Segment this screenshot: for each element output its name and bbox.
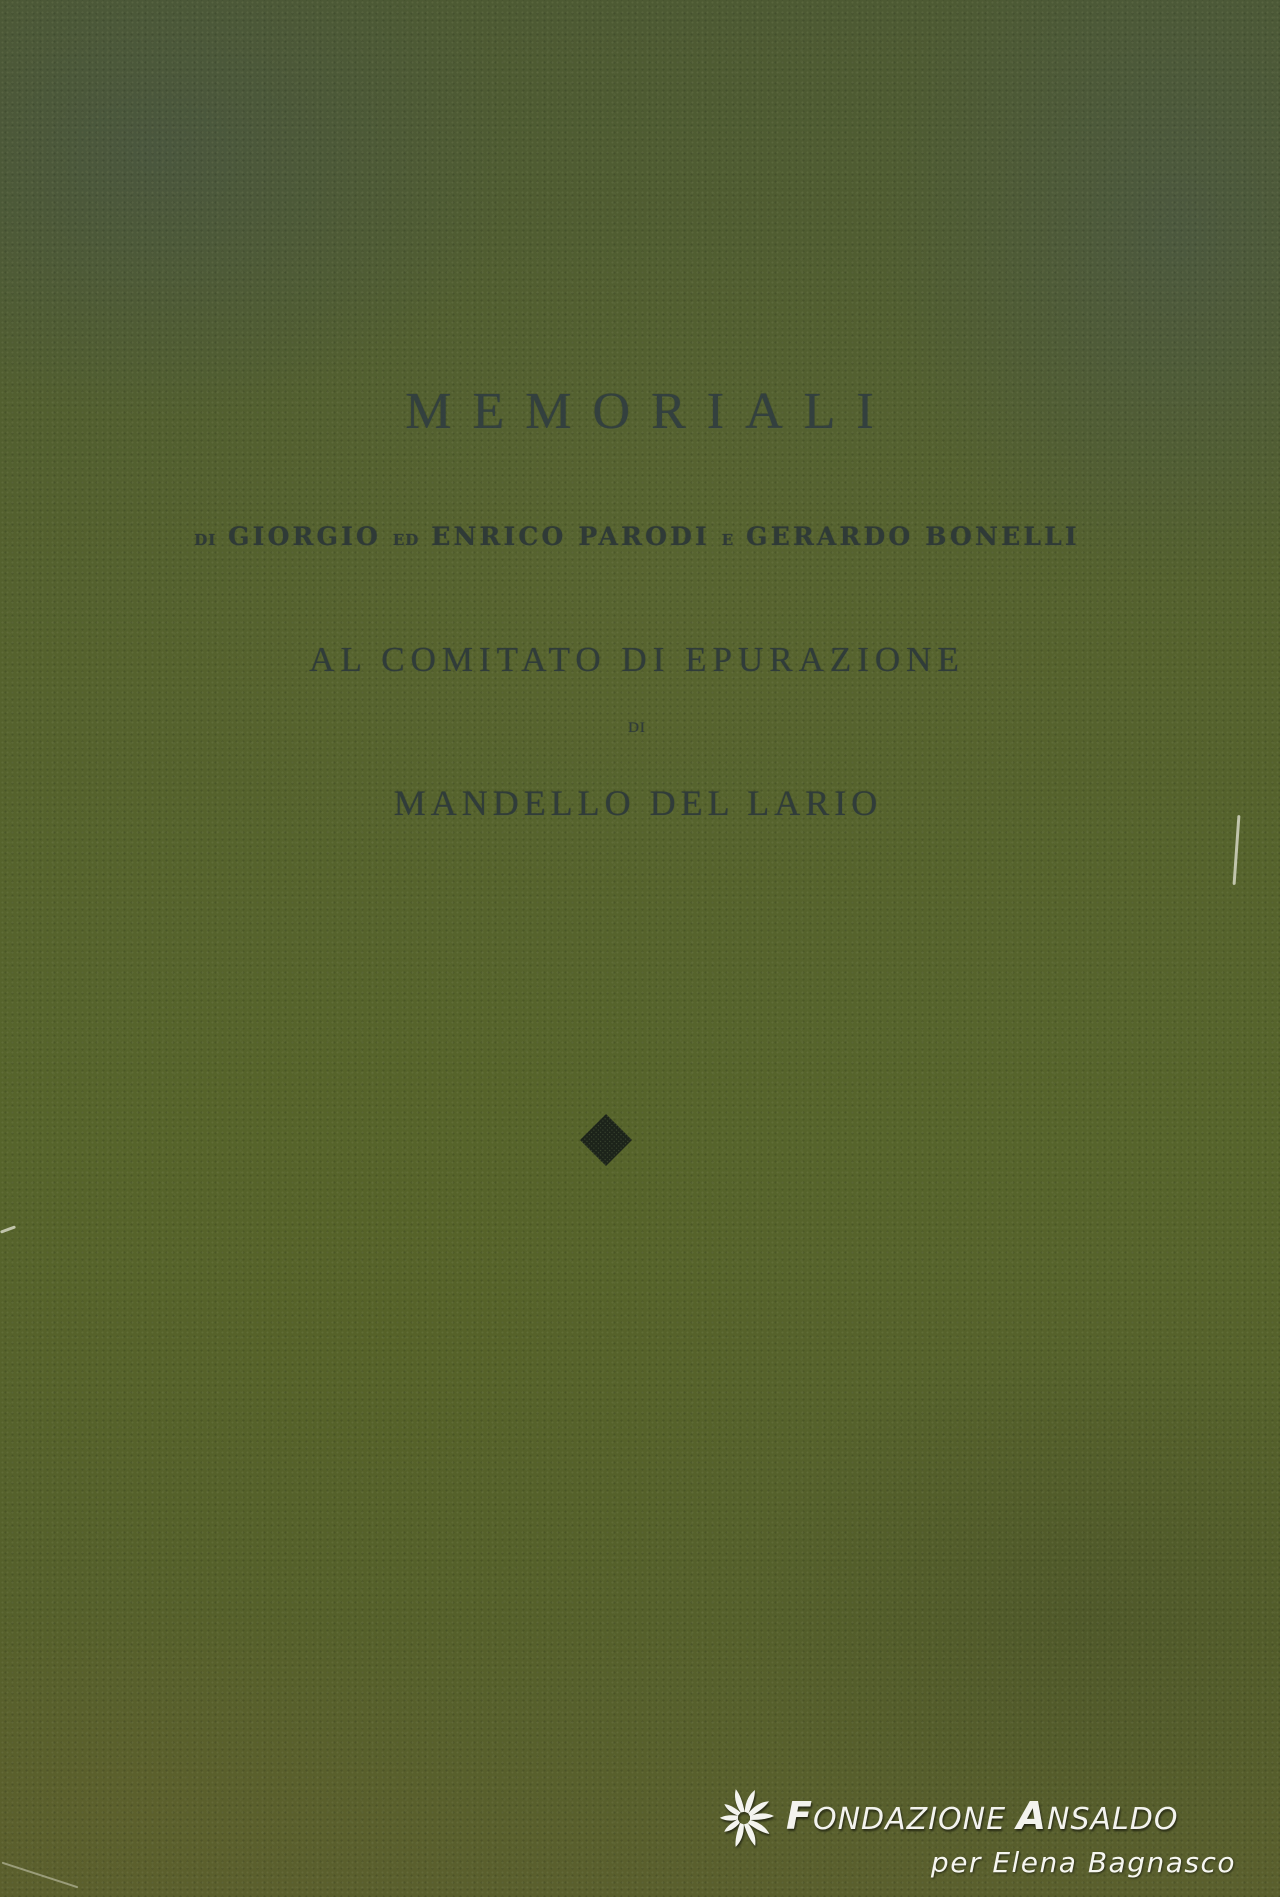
watermark: FONDAZIONE ANSALDO per Elena Bagnasco (706, 1780, 1266, 1890)
book-cover: MEMORIALI DI GIORGIO ED ENRICO PARODI E … (0, 0, 1280, 1897)
place-line: MANDELLO DEL LARIO (0, 782, 1280, 824)
paper-scratch-mark (1233, 815, 1241, 885)
authors-conjunction-e: E (722, 531, 734, 549)
addressee-line: AL COMITATO DI EPURAZIONE (0, 640, 1280, 680)
authors-line: DI GIORGIO ED ENRICO PARODI E GERARDO BO… (0, 522, 1280, 551)
authors-prefix: DI (194, 531, 216, 549)
paper-texture (0, 0, 1280, 1897)
connector-line: DI (0, 720, 1280, 737)
pinwheel-logo-icon (712, 1786, 776, 1850)
authors-conjunction-ed: ED (393, 531, 419, 549)
author-name-gerardo-bonelli: GERARDO BONELLI (746, 522, 1080, 551)
paper-scratch-mark (0, 1225, 16, 1233)
credit-line: per Elena Bagnasco (931, 1846, 1236, 1879)
author-name-giorgio: GIORGIO (228, 522, 381, 551)
author-name-enrico-parodi: ENRICO PARODI (431, 522, 710, 551)
organization-name: FONDAZIONE ANSALDO (786, 1794, 1178, 1838)
document-title: MEMORIALI (20, 382, 1280, 441)
paper-edge-crease (2, 1862, 79, 1889)
diamond-ornament-icon (578, 1112, 634, 1168)
